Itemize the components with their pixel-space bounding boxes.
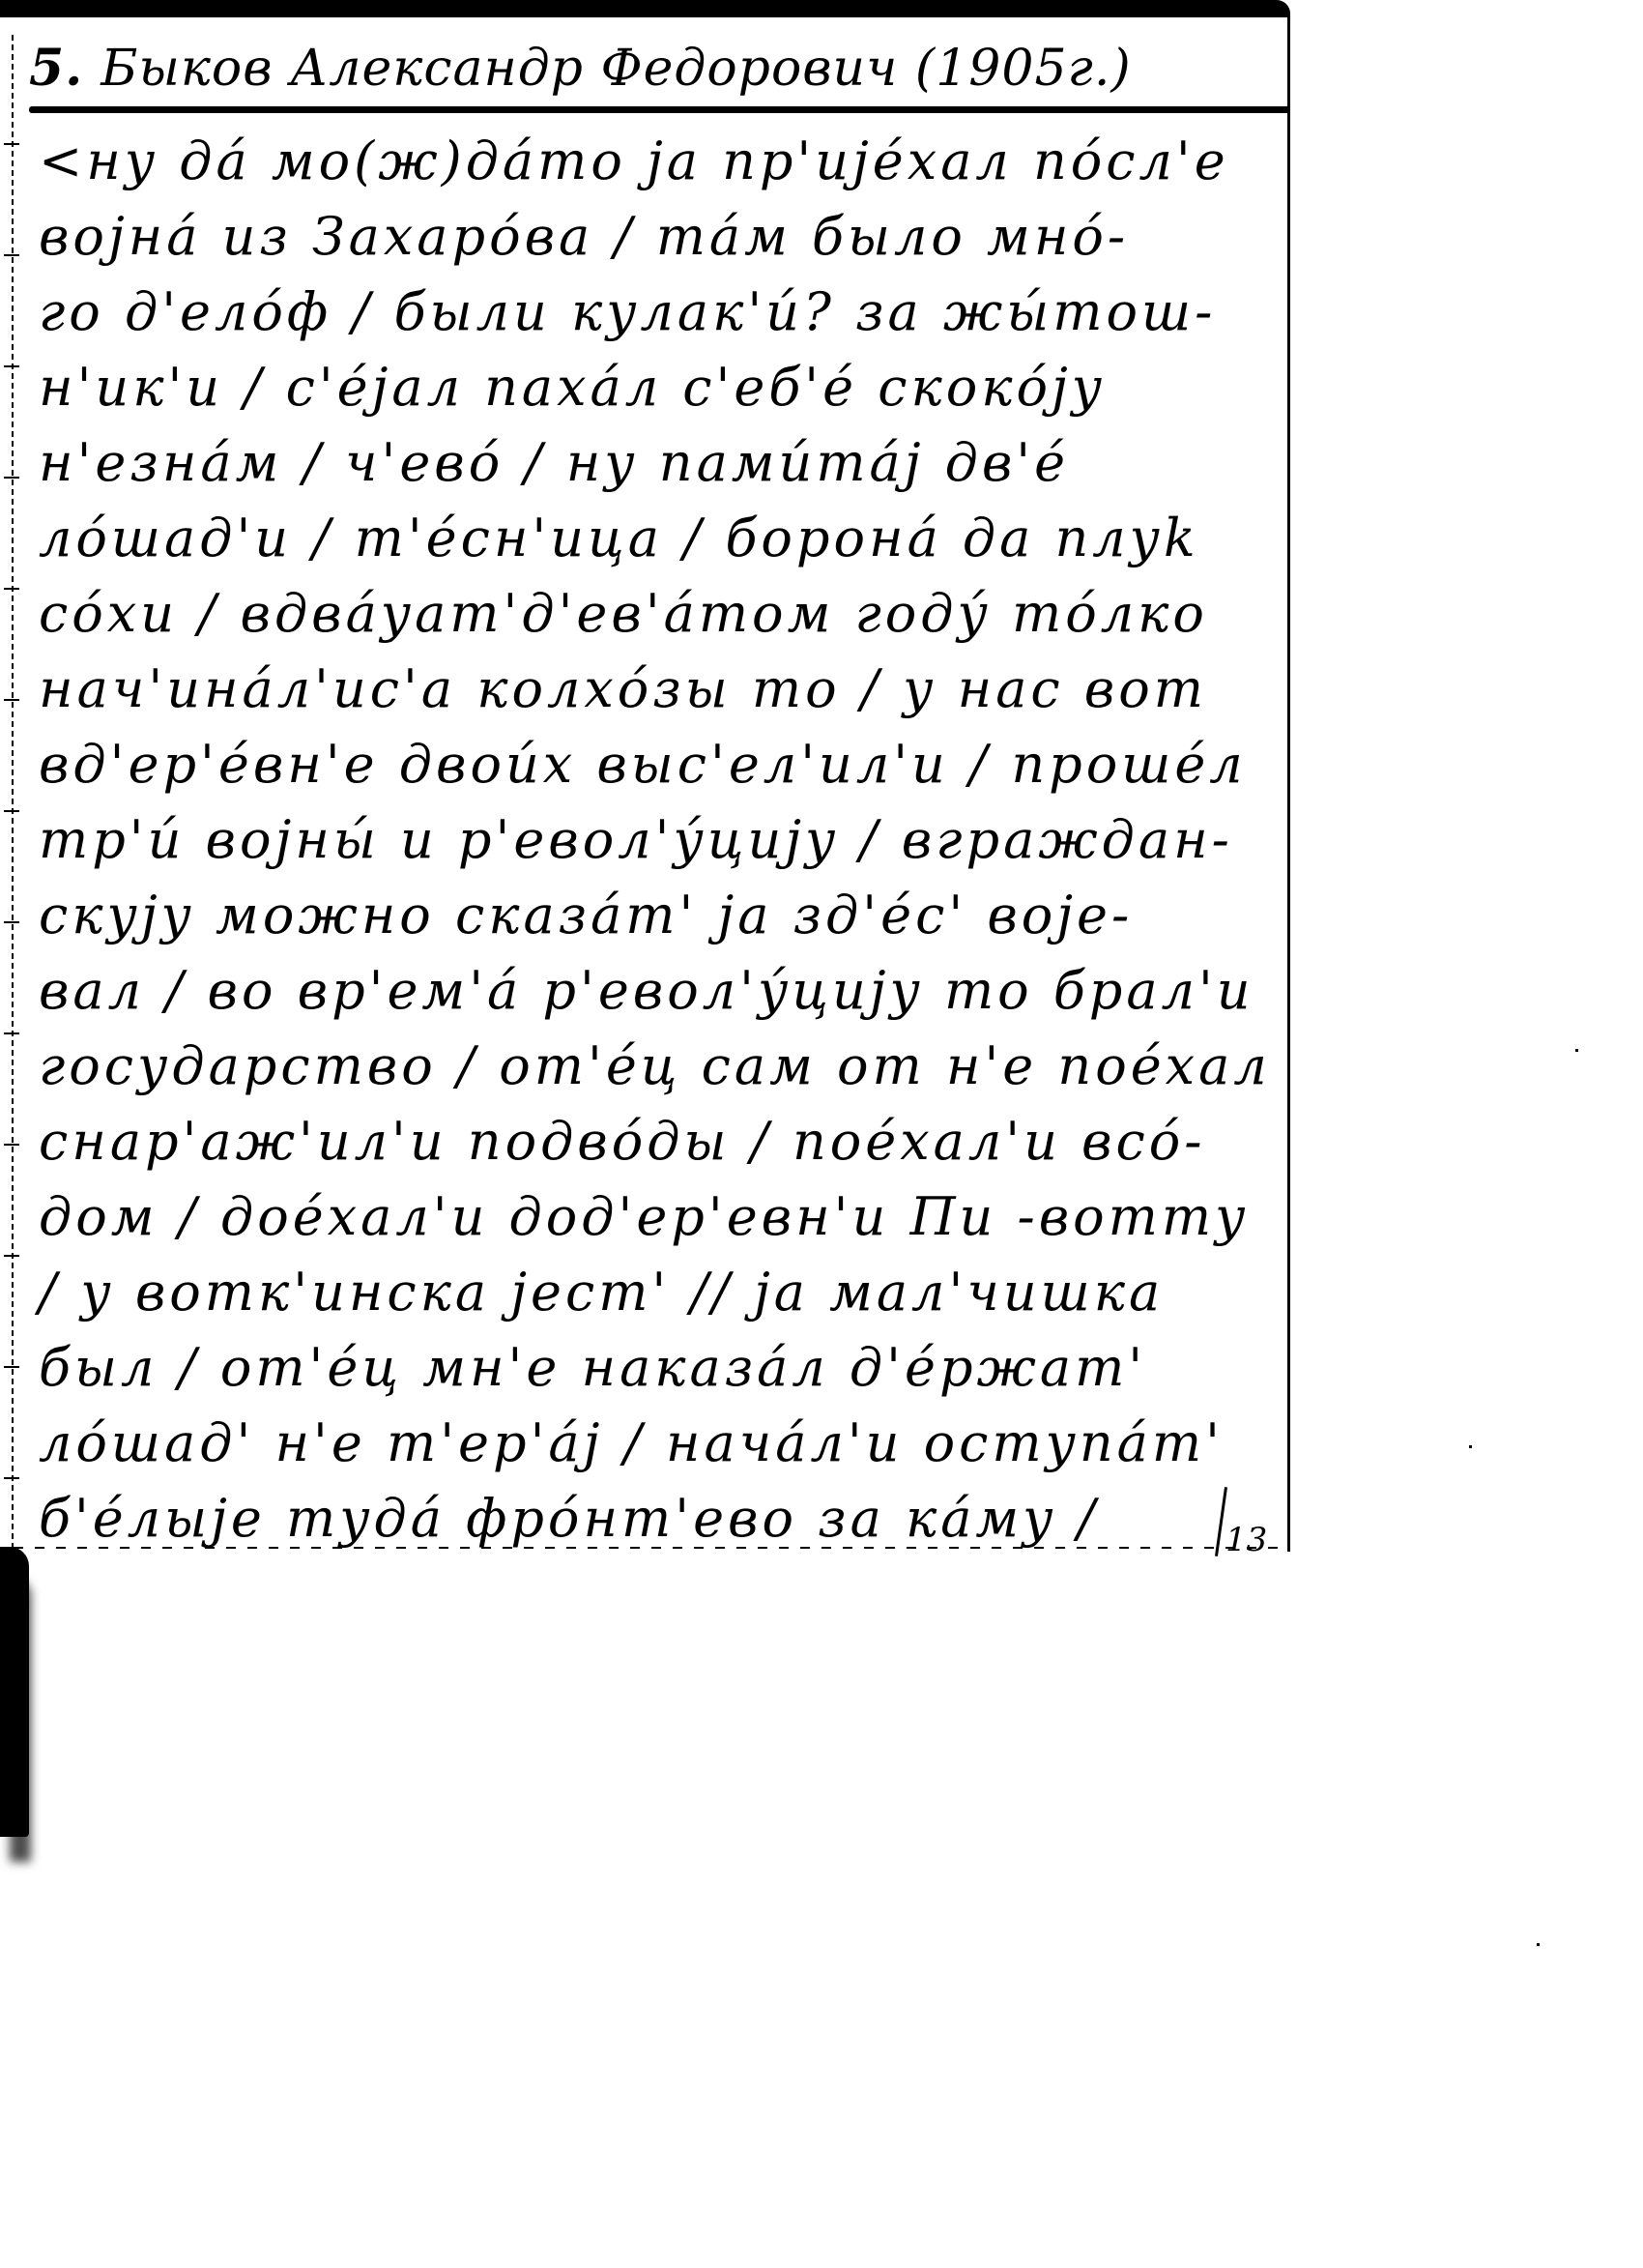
text-line: тр'и́ војны́ и р'евол'у́цију / вграждан-	[39, 802, 1285, 878]
margin-tick	[4, 365, 19, 367]
text-line: был / от'е́ц мн'е наказа́л д'е́ржат'	[39, 1330, 1285, 1406]
scan-smudge	[0, 1547, 29, 1837]
speaker-name: Быков Александр Федорович (1905г.)	[101, 40, 1131, 98]
text-line: вд'ер'е́вн'е двои́х выс'ел'ил'и / проше́…	[39, 727, 1285, 802]
margin-tick	[4, 588, 19, 590]
margin-tick	[4, 477, 19, 479]
text-line: / у вотк'инска јест' // ја мал'чишка	[39, 1255, 1285, 1330]
scan-speck	[1537, 1943, 1540, 1946]
margin-tick	[4, 810, 19, 812]
text-line: нач'ина́л'ис'а колхо́зы то / у нас вот	[39, 652, 1285, 727]
manuscript-card: 5.Быков Александр Федорович (1905г.) <ну…	[0, 0, 1290, 1552]
text-line: вал / во вр'ем'а́ р'евол'у́цију то брал'…	[39, 953, 1285, 1029]
margin-tick	[4, 921, 19, 923]
margin-tick	[4, 699, 19, 701]
entry-number: 5.	[29, 39, 83, 98]
text-line: со́хи / вдва́уат'д'ев'а́том году́ то́лко	[39, 576, 1285, 652]
transcript-body: <ну да́ мо(ж)да́то ја пр'иjе́хал по́сл'е…	[39, 124, 1285, 1556]
margin-tick	[4, 1366, 19, 1368]
text-line: го д'ело́ф / были кулак'и́? за жы́тош-	[39, 275, 1285, 350]
page-number: 13	[1225, 1521, 1267, 1559]
bottom-margin-rule	[14, 1547, 1289, 1549]
text-line: б'е́лыје туда́ фро́нт'ево за ка́му /	[39, 1481, 1285, 1556]
margin-tick	[4, 143, 19, 145]
text-line: војна́ из Захаро́ва / та́м было мно́-	[39, 199, 1285, 275]
scan-speck	[1575, 1049, 1578, 1052]
scan-speck	[1469, 1445, 1472, 1448]
margin-tick	[4, 1032, 19, 1034]
text-line: государство / от'е́ц сам от н'е пое́хал	[39, 1029, 1285, 1104]
text-line: ло́шад'и / т'е́сн'ица / борона́ да плуk	[39, 501, 1285, 576]
text-line: <ну да́ мо(ж)да́то ја пр'иjе́хал по́сл'е	[39, 124, 1285, 199]
heading-underline	[29, 106, 1290, 113]
left-margin-rule	[12, 35, 14, 1567]
margin-tick	[4, 1255, 19, 1257]
text-line: н'ик'и / с'е́јал паха́л с'еб'е́ скоко́ју	[39, 350, 1285, 425]
text-line: дом / дое́хал'и дод'ер'евн'и Пи -вотту	[39, 1179, 1285, 1255]
text-line: скују можно сказа́т' ја зд'е́с' воје-	[39, 878, 1285, 953]
text-line: снар'аж'ил'и подво́ды / пое́хал'и всо́-	[39, 1104, 1285, 1179]
document-heading: 5.Быков Александр Федорович (1905г.)	[29, 39, 1285, 106]
margin-tick	[4, 1477, 19, 1479]
text-line: ло́шад' н'е т'ер'а́ј / нача́л'и оступа́т…	[39, 1406, 1285, 1481]
text-line: н'езна́м / ч'ево́ / ну пами́та́ј дв'е́	[39, 425, 1285, 501]
margin-tick	[4, 1144, 19, 1146]
margin-tick	[4, 254, 19, 256]
